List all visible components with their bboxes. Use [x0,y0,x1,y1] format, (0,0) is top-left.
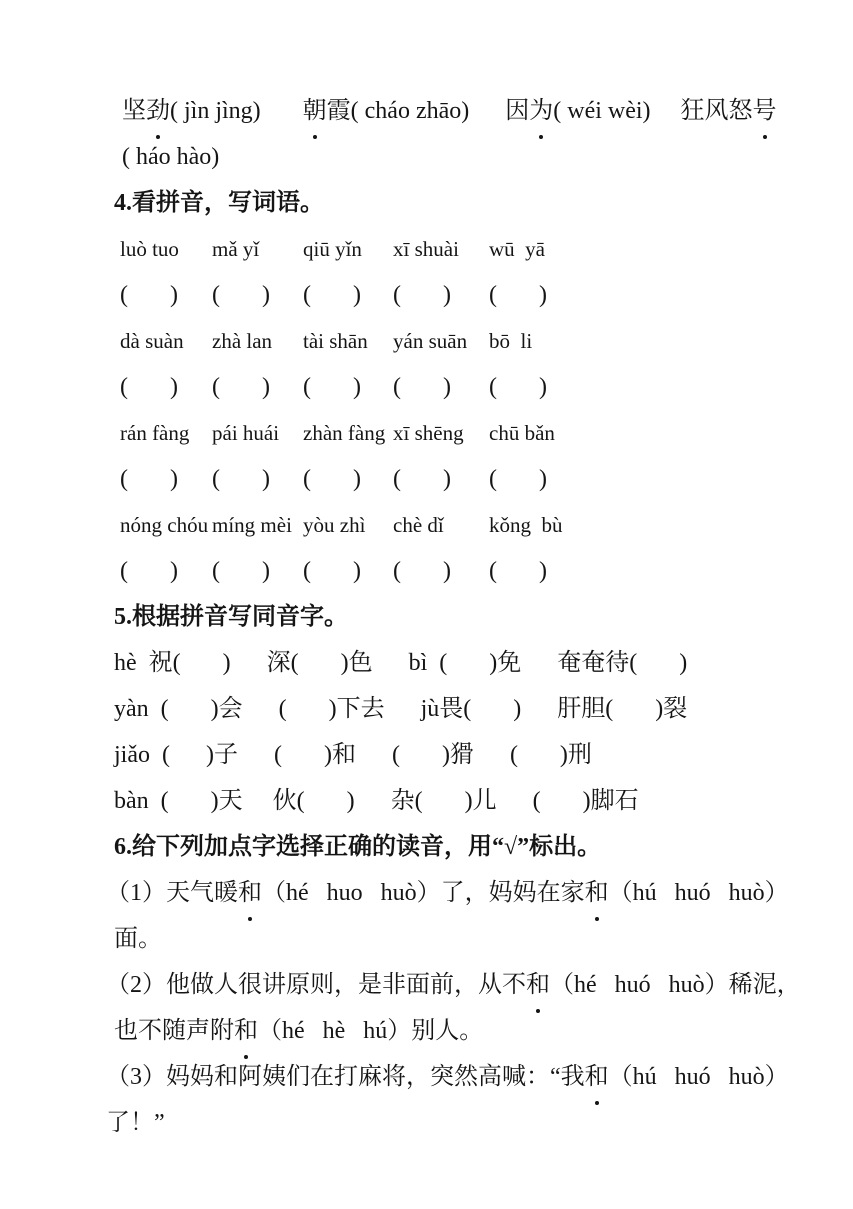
q5-title: 5.根据拼音写同音字。 [114,594,847,640]
q4-answer-blank: ( ) [393,272,489,318]
q4-pinyin-row-2: dà suàn zhà lan tài shān yán suān bō li [120,318,847,364]
q4-answer-blank: ( ) [212,548,303,594]
q6-sentence-2-line-2: 也不随声附和（hé hè hú）别人。 [114,1008,847,1054]
q4-answer-blank: ( ) [303,548,393,594]
q4-pinyin-word: yòu zhì [303,502,393,548]
q4-answer-row-3: ( ) ( ) ( ) ( ) ( ) [120,456,847,502]
q4-pinyin-word: xī shēng [393,410,489,456]
q6-sentence-1-line-2: 面。 [114,916,847,962]
q4-answer-blank: ( ) [120,272,212,318]
q4-answer-blank: ( ) [212,272,303,318]
q4-answer-row-2: ( ) ( ) ( ) ( ) ( ) [120,364,847,410]
q4-answer-blank: ( ) [303,364,393,410]
q4-answer-blank: ( ) [393,456,489,502]
q3-word-row-1: 坚劲( jìn jìng) 朝霞( cháo zhāo) 因为( wéi wèi… [122,88,847,134]
q4-pinyin-word: zhà lan [212,318,303,364]
q6-sentence-2-line-1: （2）他做人很讲原则，是非面前，从不和（hé huó huò）稀泥， [106,962,847,1008]
q4-pinyin-word: xī shuài [393,226,489,272]
q4-answer-blank: ( ) [489,364,847,410]
q4-pinyin-word: pái huái [212,410,303,456]
q4-pinyin-word: mǎ yǐ [212,226,303,272]
q4-answer-blank: ( ) [393,364,489,410]
q4-pinyin-row-4: nóng chóu míng mèi yòu zhì chè dǐ kǒng b… [120,502,847,548]
q4-pinyin-row-3: rán fàng pái huái zhàn fàng xī shēng chū… [120,410,847,456]
q4-answer-blank: ( ) [212,456,303,502]
q4-answer-blank: ( ) [489,548,847,594]
q4-answer-blank: ( ) [212,364,303,410]
q4-pinyin-word: bō li [489,318,847,364]
q4-answer-blank: ( ) [393,548,489,594]
q4-pinyin-row-1: luò tuo mǎ yǐ qiū yǐn xī shuài wū yā [120,226,847,272]
q4-pinyin-word: zhàn fàng [303,410,393,456]
q6-sentence-1-line-1: （1）天气暖和（hé huo huò）了，妈妈在家和（hú huó huò） [106,870,847,916]
q4-pinyin-word: qiū yǐn [303,226,393,272]
q4-answer-blank: ( ) [120,364,212,410]
q6-title: 6.给下列加点字选择正确的读音，用“√”标出。 [114,824,847,870]
worksheet-page: 坚劲( jìn jìng) 朝霞( cháo zhāo) 因为( wéi wèi… [0,0,853,1209]
q5-row-jiao: jiǎo ( )子 ( )和 ( )猾 ( )刑 [114,732,847,778]
q4-pinyin-word: chū bǎn [489,410,847,456]
q4-pinyin-word: rán fàng [120,410,212,456]
q4-title: 4.看拼音，写词语。 [114,180,847,226]
q4-pinyin-word: dà suàn [120,318,212,364]
q4-answer-blank: ( ) [120,456,212,502]
q4-answer-blank: ( ) [489,456,847,502]
q4-answer-blank: ( ) [489,272,847,318]
q5-row-he: hè 祝( ) 深( )色 bì ( )免 奄奄待( ) [114,640,847,686]
q4-answer-row-1: ( ) ( ) ( ) ( ) ( ) [120,272,847,318]
q3-word-row-2: ( háo hào) [122,134,847,180]
q4-pinyin-word: luò tuo [120,226,212,272]
q4-pinyin-word: nóng chóu [120,502,212,548]
q5-row-ban: bàn ( )天 伙( ) 杂( )儿 ( )脚石 [114,778,847,824]
q4-pinyin-word: tài shān [303,318,393,364]
q4-pinyin-word: wū yā [489,226,847,272]
q4-answer-blank: ( ) [303,456,393,502]
q4-answer-row-4: ( ) ( ) ( ) ( ) ( ) [120,548,847,594]
q4-pinyin-word: chè dǐ [393,502,489,548]
q4-answer-blank: ( ) [120,548,212,594]
q4-pinyin-word: kǒng bù [489,502,847,548]
q5-row-yan: yàn ( )会 ( )下去 jù畏( ) 肝胆( )裂 [114,686,847,732]
q4-answer-blank: ( ) [303,272,393,318]
q6-sentence-3: （3）妈妈和阿姨们在打麻将，突然高喊：“我和（hú huó huò）了！” [106,1054,847,1100]
q4-pinyin-word: yán suān [393,318,489,364]
q4-pinyin-word: míng mèi [212,502,303,548]
